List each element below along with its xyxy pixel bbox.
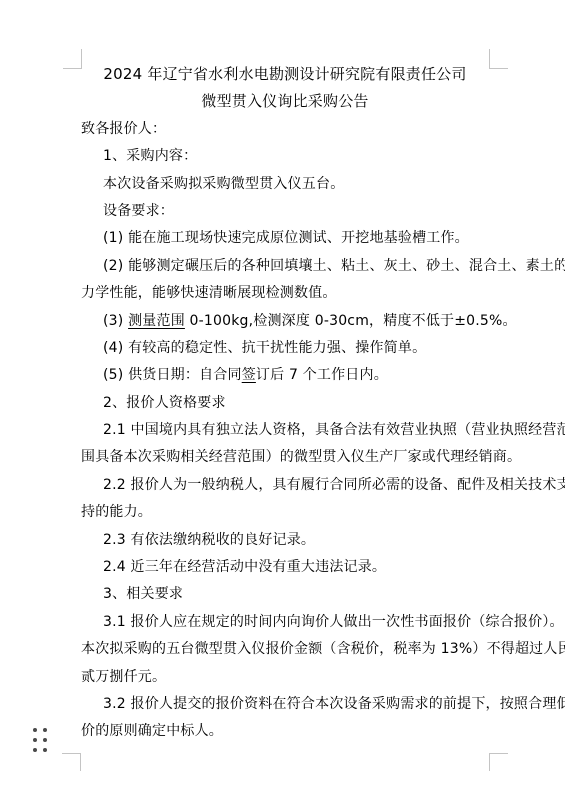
text-line: 1、采购内容： — [81, 143, 489, 170]
underlined-text: 签 — [242, 367, 256, 383]
drag-handle-dot — [33, 738, 37, 742]
drag-handle-icon[interactable] — [33, 728, 47, 752]
text-boundary-mark-top-right — [489, 49, 508, 69]
text-line: 2.2 报价人为一般纳税人，具有履行合同所必需的设备、配件及相关技术支 — [81, 472, 489, 499]
text-line: 价的原则确定中标人。 — [81, 718, 489, 745]
drag-handle-dot — [33, 748, 37, 752]
text-line: 2、报价人资格要求 — [81, 390, 489, 417]
document-page: 2024 年辽宁省水利水电勘测设计研究院有限责任公司微型贯入仪询比采购公告致各报… — [0, 0, 565, 786]
text-line: 2.1 中国境内具有独立法人资格，具备合法有效营业执照（营业执照经营范 — [81, 417, 489, 444]
text-line: 2.4 近三年在经营活动中没有重大违法记录。 — [81, 554, 489, 581]
text-line: 围具备本次采购相关经营范围）的微型贯入仪生产厂家或代理经销商。 — [81, 444, 489, 471]
text-line: 致各报价人： — [81, 116, 489, 143]
underlined-text: 测量范围 — [128, 313, 185, 329]
drag-handle-dot — [43, 738, 47, 742]
text-boundary-mark-bottom-left — [62, 753, 81, 771]
text-line: (4) 有较高的稳定性、抗干扰性能力强、操作简单。 — [81, 335, 489, 362]
text-line: 本次拟采购的五台微型贯入仪报价金额（含税价，税率为 13%）不得超过人民币 — [81, 636, 489, 663]
text-line: 贰万捌仟元。 — [81, 664, 489, 691]
drag-handle-dot — [43, 748, 47, 752]
text-line: 持的能力。 — [81, 499, 489, 526]
text-boundary-mark-bottom-right — [489, 753, 508, 771]
text-line: 力学性能，能够快速清晰展现检测数值。 — [81, 280, 489, 307]
text-line: (2) 能够测定碾压后的各种回填壤土、粘土、灰土、砂土、混合土、素土的 — [81, 253, 489, 280]
document-title-line: 微型贯入仪询比采购公告 — [81, 88, 489, 115]
text-boundary-mark-top-left — [63, 49, 82, 69]
text-line: 3.1 报价人应在规定的时间内向询价人做出一次性书面报价（综合报价）。 — [81, 609, 489, 636]
text-line: (5) 供货日期：自合同签订后 7 个工作日内。 — [81, 362, 489, 389]
text-line: (1) 能在施工现场快速完成原位测试、开挖地基验槽工作。 — [81, 225, 489, 252]
text-line: 2.3 有依法缴纳税收的良好记录。 — [81, 527, 489, 554]
drag-handle-dot — [43, 728, 47, 732]
text-line: 3.2 报价人提交的报价资料在符合本次设备采购需求的前提下，按照合理低 — [81, 691, 489, 718]
drag-handle-dot — [33, 728, 37, 732]
text-line: 3、相关要求 — [81, 581, 489, 608]
text-line: 本次设备采购拟采购微型贯入仪五台。 — [81, 171, 489, 198]
text-line: (3) 测量范围 0-100kg,检测深度 0-30cm，精度不低于±0.5%。 — [81, 308, 489, 335]
document-title-line: 2024 年辽宁省水利水电勘测设计研究院有限责任公司 — [81, 61, 489, 88]
document-content: 2024 年辽宁省水利水电勘测设计研究院有限责任公司微型贯入仪询比采购公告致各报… — [81, 61, 489, 746]
text-line: 设备要求： — [81, 198, 489, 225]
